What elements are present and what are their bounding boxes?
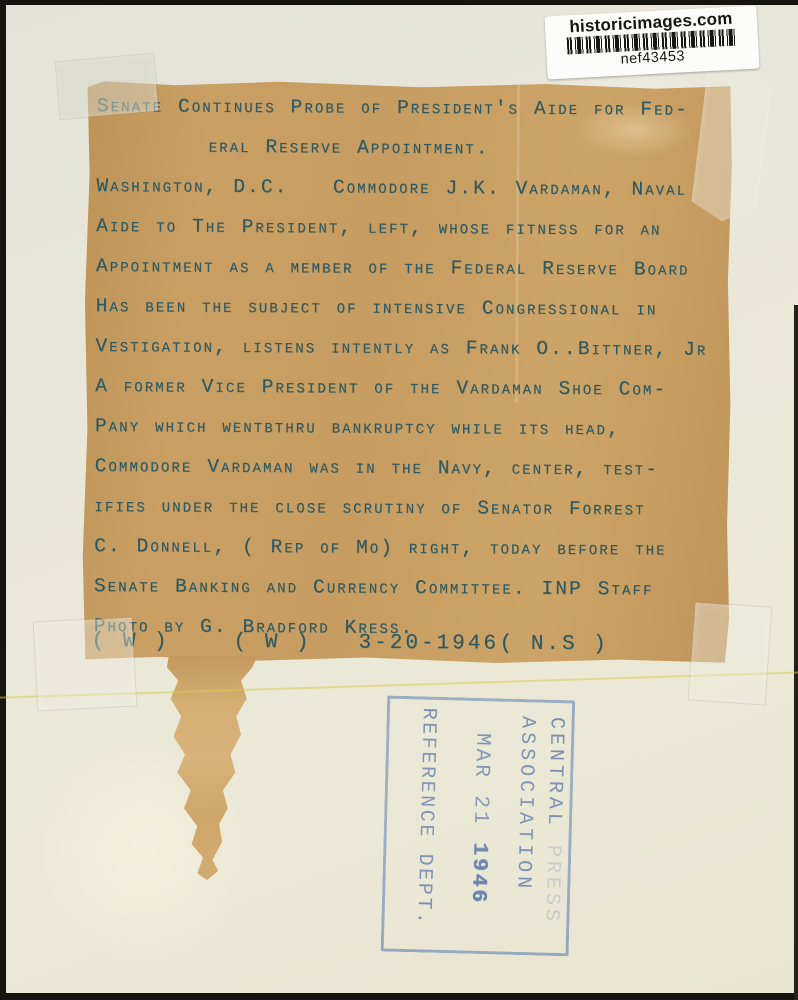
stamp-org-line-2: ASSOCIATION bbox=[511, 716, 539, 893]
caption-line: Appointment as a member of the Federal R… bbox=[96, 246, 726, 290]
caption-line: Senate Banking and Currency Committee. I… bbox=[94, 566, 724, 610]
caption-line: A former Vice President of the Vardaman … bbox=[95, 366, 725, 410]
tape-top-right bbox=[689, 57, 774, 226]
caption-text: Senate Continues Probe of President's Ai… bbox=[94, 86, 727, 650]
tape-bottom-left bbox=[34, 617, 136, 710]
stamp-date-year: 1946 bbox=[466, 842, 491, 905]
caption-line: Aide to The President, left, whose fitne… bbox=[96, 206, 726, 250]
vendor-label: historicimages.com nef43453 bbox=[544, 5, 759, 79]
scan-edge-right bbox=[794, 305, 798, 1000]
scan-edge-top bbox=[0, 0, 798, 5]
caption-line: Pany which wentbthru bankruptcy while it… bbox=[95, 406, 725, 450]
caption-line: Washington, D.C. Commodore J.K. Vardaman… bbox=[96, 166, 726, 210]
scan-edge-bottom bbox=[0, 993, 798, 1000]
tape-top-left bbox=[56, 54, 159, 119]
scan-edge-left bbox=[0, 0, 6, 1000]
tape-bottom-right bbox=[689, 602, 772, 704]
caption-code-right: ( N.S ) bbox=[499, 633, 608, 657]
caption-paper: Senate Continues Probe of President's Ai… bbox=[81, 80, 733, 665]
caption-line: ifies under the close scrutiny of Senato… bbox=[94, 486, 724, 530]
caption-code-mid: ( W ) bbox=[233, 631, 311, 654]
stamp-faded-word: PRESS bbox=[539, 829, 565, 926]
archive-stamp: CENTRAL PRESS ASSOCIATION MAR 21 1946 RE… bbox=[387, 696, 575, 951]
caption-line: Senate Continues Probe of President's Ai… bbox=[97, 86, 727, 130]
caption-line: Has been the subject of intensive Congre… bbox=[95, 286, 725, 330]
caption-line: C. Donnell, ( Rep of Mo) right, today be… bbox=[94, 526, 724, 570]
archive-stamp-box: CENTRAL PRESS ASSOCIATION MAR 21 1946 RE… bbox=[381, 696, 576, 957]
stamp-dept-line: REFERENCE DEPT. bbox=[411, 707, 440, 927]
photo-back-scan: Senate Continues Probe of President's Ai… bbox=[0, 0, 798, 1000]
caption-date: 3-20-1946 bbox=[358, 632, 499, 656]
caption-line: Commodore Vardaman was in the Navy, cent… bbox=[95, 446, 725, 490]
caption-line: Vestigation, listens intently as Frank O… bbox=[95, 326, 725, 370]
caption-line: eral Reserve Appointment. bbox=[96, 126, 726, 170]
stamp-date: MAR 21 1946 bbox=[466, 733, 493, 905]
stamp-org-line-1: CENTRAL PRESS bbox=[539, 717, 567, 926]
